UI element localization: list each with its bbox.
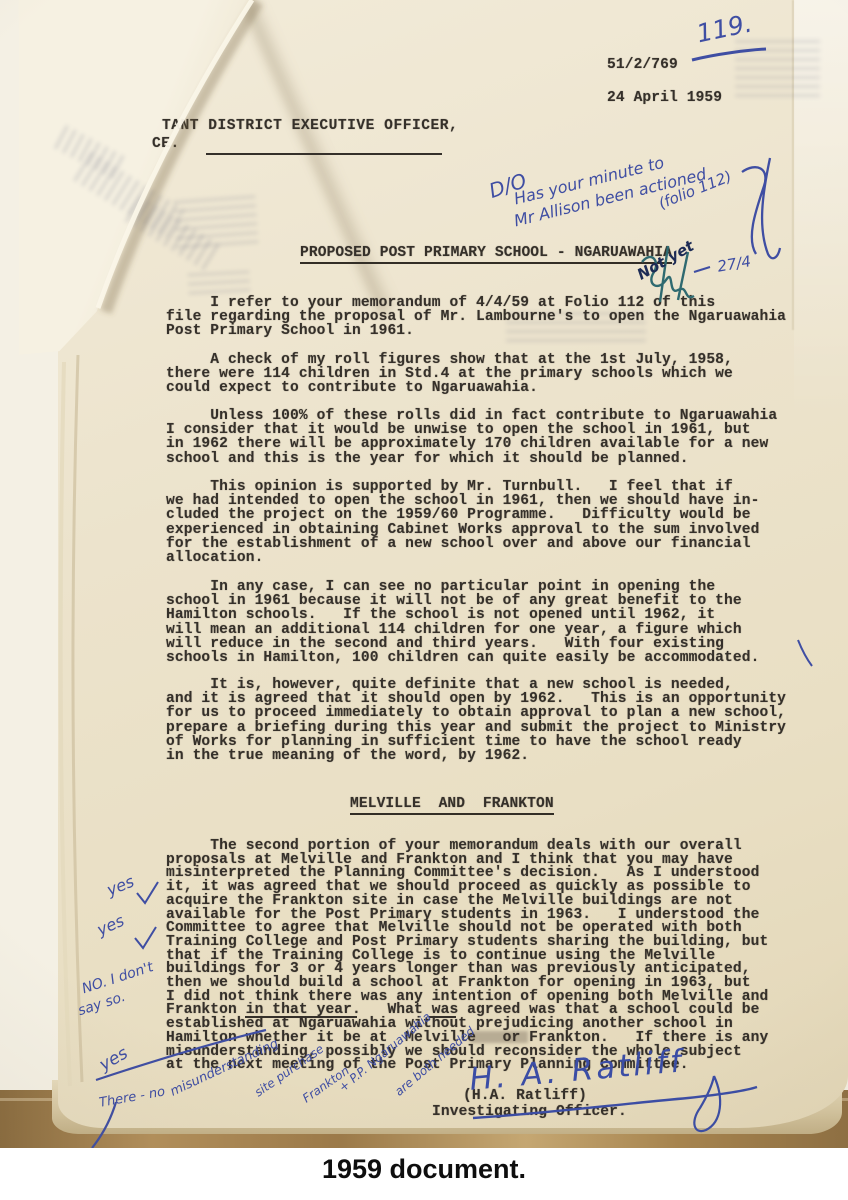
signature-typed-title: Investigating Officer. (432, 1105, 627, 1119)
addressee-line: TANT DISTRICT EXECUTIVE OFFICER, (162, 119, 458, 133)
screenshot-root: 51/2/769 24 April 1959 TANT DISTRICT EXE… (0, 0, 848, 1200)
underline-in-that-year (245, 1016, 357, 1018)
section-heading-melville-frankton: MELVILLE AND FRANKTON (350, 797, 554, 815)
section-heading-ngaruawahia: PROPOSED POST PRIMARY SCHOOL - NGARUAWAH… (300, 246, 672, 264)
paragraph-2: A check of my roll figures show that at … (166, 353, 733, 396)
overtyped-smudge (470, 1031, 528, 1043)
file-reference-number: 51/2/769 (607, 58, 678, 72)
addressee-line-2: CE. (152, 137, 180, 151)
bleed-through-text-ghost (735, 40, 820, 98)
caption-text: 1959 document. (0, 1154, 848, 1185)
addressee-underline (206, 153, 442, 155)
paragraph-1: I refer to your memorandum of 4/4/59 at … (166, 296, 786, 339)
document-photo: 51/2/769 24 April 1959 TANT DISTRICT EXE… (0, 0, 848, 1148)
underline-was (429, 1016, 456, 1018)
paragraph-4: This opinion is supported by Mr. Turnbul… (166, 480, 759, 565)
paragraph-6: It is, however, quite definite that a ne… (166, 678, 786, 763)
bleed-through-text-ghost (187, 270, 250, 295)
paragraph-5: In any case, I can see no particular poi… (166, 580, 759, 665)
caption-band: 1959 document. (0, 1148, 848, 1200)
paragraph-3: Unless 100% of these rolls did in fact c… (166, 409, 777, 466)
document-date: 24 April 1959 (607, 91, 722, 105)
